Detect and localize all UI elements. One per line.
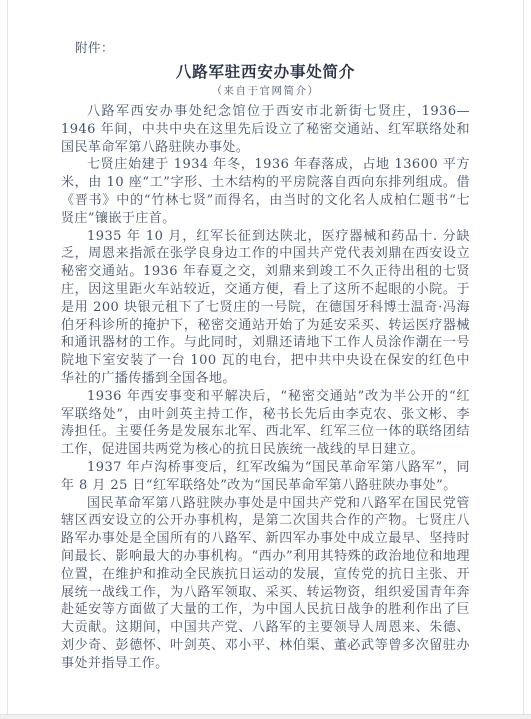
- document-content: 附件： 八路军驻西安办事处简介 （来自于官网简介） 八路军西安办事处纪念馆位于西…: [61, 0, 470, 673]
- attachment-label: 附件：: [61, 40, 470, 55]
- document-page: 附件： 八路军驻西安办事处简介 （来自于官网简介） 八路军西安办事处纪念馆位于西…: [7, 0, 524, 714]
- paragraph: 国民革命军第八路驻陕办事处是中国共产党和八路军在国民党管辖区西安设立的公开办事机…: [61, 495, 470, 673]
- paragraph: 七贤庄始建于 1934 年冬，1936 年春落成，占地 13600 平方米，由 …: [61, 156, 470, 227]
- page-bottom-gap: [0, 714, 531, 719]
- paragraph: 八路军西安办事处纪念馆位于西安市北新街七贤庄，1936—1946 年间，中共中央…: [61, 103, 470, 156]
- paragraph: 1937 年卢沟桥事变后，红军改编为“国民革命军第八路军”，同年 8 月 25 …: [61, 459, 470, 495]
- document-title: 八路军驻西安办事处简介: [61, 63, 470, 81]
- paragraph: 1935 年 10 月，红军长征到达陕北，医疗器械和药品十. 分缺乏，周恩来指派…: [61, 228, 470, 388]
- paragraph: 1936 年西安事变和平解决后，“秘密交通站”改为半公开的“红军联络处”，由叶剑…: [61, 388, 470, 459]
- document-subtitle: （来自于官网简介）: [61, 85, 470, 98]
- document-paragraphs: 八路军西安办事处纪念馆位于西安市北新街七贤庄，1936—1946 年间，中共中央…: [61, 103, 470, 673]
